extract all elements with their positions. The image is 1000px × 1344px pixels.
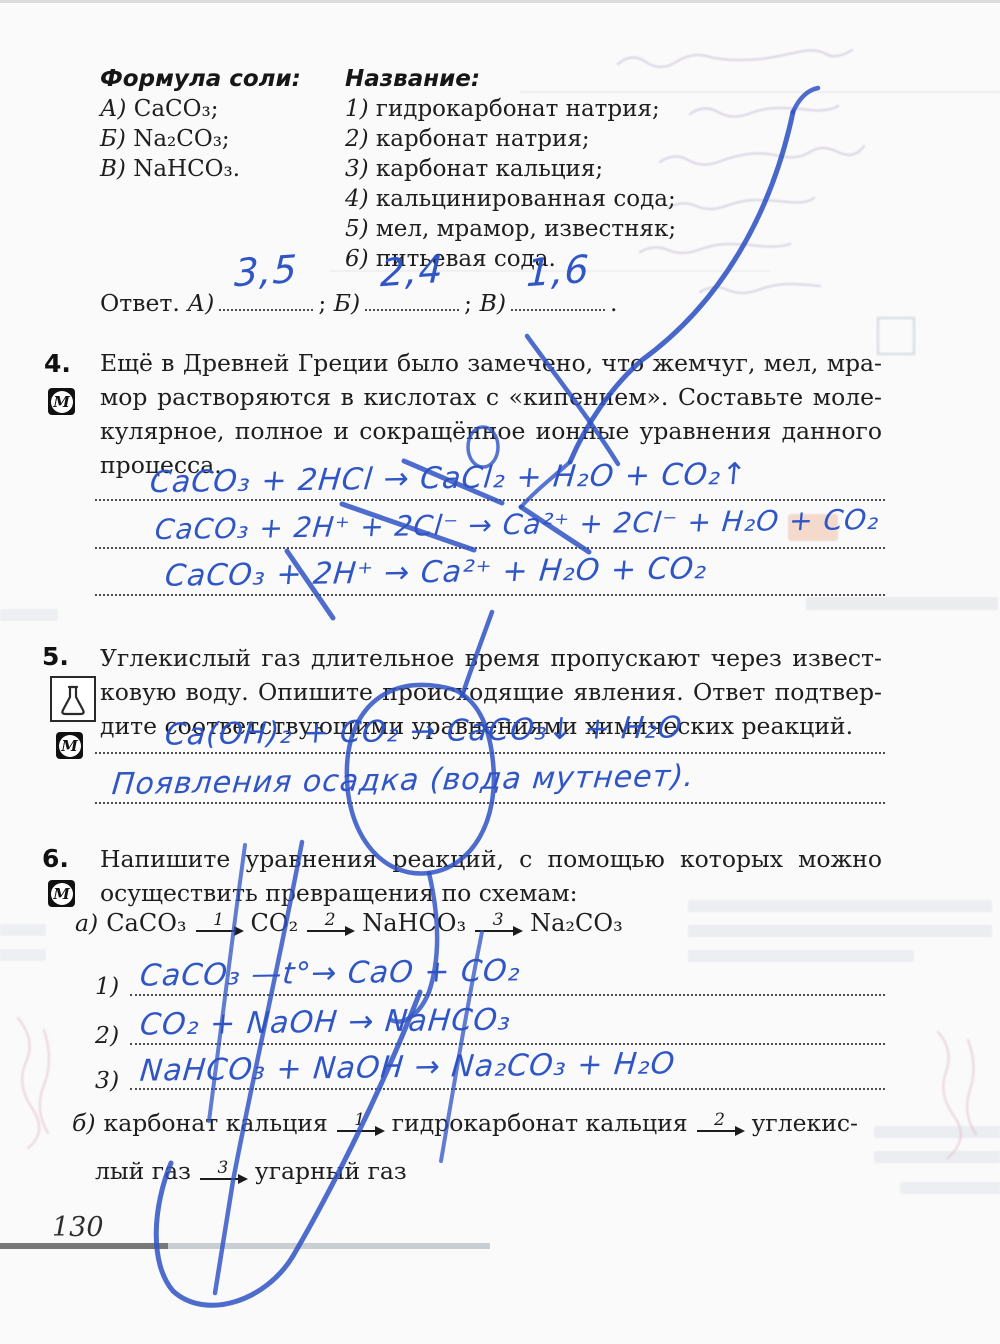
name-item: 3) карбонат кальция; (345, 154, 885, 184)
method-icon: М (48, 880, 75, 907)
workbook-page: Формула соли: А) CaCO₃; Б) Na₂CO₃; В) Na… (0, 0, 1000, 1344)
writing-line (95, 802, 885, 804)
name-column-header: Название: (345, 64, 885, 94)
numbered-arrow: 3 (200, 1161, 246, 1180)
scheme-step: Na₂CO₃ (530, 908, 623, 938)
answer-blank-b: 2,4 (365, 283, 459, 311)
formula-item: В) NaHCO₃. (100, 154, 345, 184)
handwritten-equation-3: NaHCO₃ + NaOH → Na₂CO₃ + H₂O (138, 1046, 676, 1089)
handwritten-answer-v: 1,6 (526, 247, 591, 296)
lab-flask-icon (50, 676, 96, 722)
arrow-shaft (196, 930, 242, 932)
arrow-number: 2 (714, 1113, 725, 1128)
scheme-b-line1: б) карбонат кальция 1 гидрокарбонат каль… (72, 1108, 858, 1138)
arrow-number: 1 (213, 913, 224, 928)
handwritten-observation: Появления осадка (вода мутнеет). (110, 759, 696, 802)
handwritten-equation-molecular: CaCO₃ + 2HCl → CaCl₂ + H₂O + CO₂↑ (148, 457, 748, 500)
handwritten-equation-1: CaCO₃ —t°→ CaO + CO₂ (138, 953, 522, 993)
scheme-step: NaHCO₃ (362, 908, 466, 938)
salt-formula-column: Формула соли: А) CaCO₃; Б) Na₂CO₃; В) Na… (100, 64, 345, 184)
formula-item: А) CaCO₃; (100, 94, 345, 124)
scheme-b-line2: лый газ 3 угарный газ (95, 1156, 407, 1186)
scheme-step: гидрокарбонат кальция (392, 1108, 688, 1138)
task4-number: 4. (44, 349, 71, 378)
scheme-step: CaCO₃ (106, 908, 186, 938)
writing-line (95, 594, 885, 596)
arrow-shaft (337, 1130, 383, 1132)
numbered-arrow: 3 (475, 913, 521, 932)
arrow-number: 3 (493, 913, 504, 928)
answer-row-label: 1) (95, 972, 119, 1000)
scheme-step: карбонат кальция (104, 1108, 328, 1138)
salt-name-column: Название: 1) гидрокарбонат натрия; 2) ка… (345, 64, 885, 274)
scheme-a: а) CaCO₃ 1 CO₂ 2 NaHCO₃ 3 Na₂CO₃ (75, 908, 623, 938)
writing-line (130, 1043, 885, 1045)
arrow-shaft (307, 930, 353, 932)
handwritten-answer-a: 3,5 (234, 247, 299, 296)
formula-column-header: Формула соли: (100, 64, 345, 94)
scheme-step: лый газ (95, 1156, 191, 1186)
arrow-shaft (697, 1130, 743, 1132)
handwritten-answer-b: 2,4 (380, 247, 445, 296)
name-item: 1) гидрокарбонат натрия; (345, 94, 885, 124)
answer-blank-a: 3,5 (219, 283, 313, 311)
arrow-number: 2 (325, 913, 336, 928)
numbered-arrow: 2 (697, 1113, 743, 1132)
method-icon: М (56, 732, 83, 759)
task6-text: Напишите уравнения реакций, с помощью ко… (100, 842, 882, 910)
scheme-b-label: б) (72, 1108, 96, 1138)
numbered-arrow: 1 (337, 1113, 383, 1132)
task6-number: 6. (42, 844, 69, 873)
arrow-number: 1 (354, 1113, 365, 1128)
handwritten-equation-2: CO₂ + NaOH → NaHCO₃ (138, 1002, 512, 1042)
numbered-arrow: 1 (196, 913, 242, 932)
handwritten-equation-net-ionic: CaCO₃ + 2H⁺ → Ca²⁺ + H₂O + CO₂ (163, 551, 708, 594)
page-number: 130 (52, 1212, 104, 1243)
handwritten-equation-full-ionic: CaCO₃ + 2H⁺ + 2Cl⁻ → Ca²⁺ + 2Cl⁻ + H₂O +… (154, 503, 881, 546)
arrow-shaft (200, 1178, 246, 1180)
footer-rule (0, 1243, 168, 1249)
name-item: 4) кальцинированная сода; (345, 184, 885, 214)
method-icon: М (48, 388, 75, 415)
writing-line (130, 994, 885, 996)
answer-row-label: 2) (95, 1021, 119, 1049)
scheme-step: угарный газ (255, 1156, 407, 1186)
numbered-arrow: 2 (307, 913, 353, 932)
formula-item: Б) Na₂CO₃; (100, 124, 345, 154)
answer-prefix: Ответ. (100, 289, 180, 317)
arrow-number: 3 (217, 1161, 228, 1176)
writing-line (95, 499, 885, 501)
name-item: 2) карбонат натрия; (345, 124, 885, 154)
answer-row-label: 3) (95, 1066, 119, 1094)
writing-line (95, 752, 885, 754)
answer-blank-v: 1,6 (511, 283, 605, 311)
scheme-step: углекис- (752, 1108, 858, 1138)
answer-line: Ответ. А)3,5; Б)2,4; В)1,6. (100, 283, 618, 317)
handwritten-equation-limewater: Ca(OH)₂ + CO₂ → CaCO₃↓ + H₂O (163, 710, 684, 752)
footer-rule (168, 1243, 490, 1249)
writing-line (95, 547, 885, 549)
scheme-a-label: а) (75, 908, 98, 938)
task5-number: 5. (42, 642, 69, 671)
arrow-shaft (475, 930, 521, 932)
name-item: 5) мел, мрамор, известняк; (345, 214, 885, 244)
writing-line (130, 1088, 885, 1090)
scheme-step: CO₂ (251, 908, 299, 938)
